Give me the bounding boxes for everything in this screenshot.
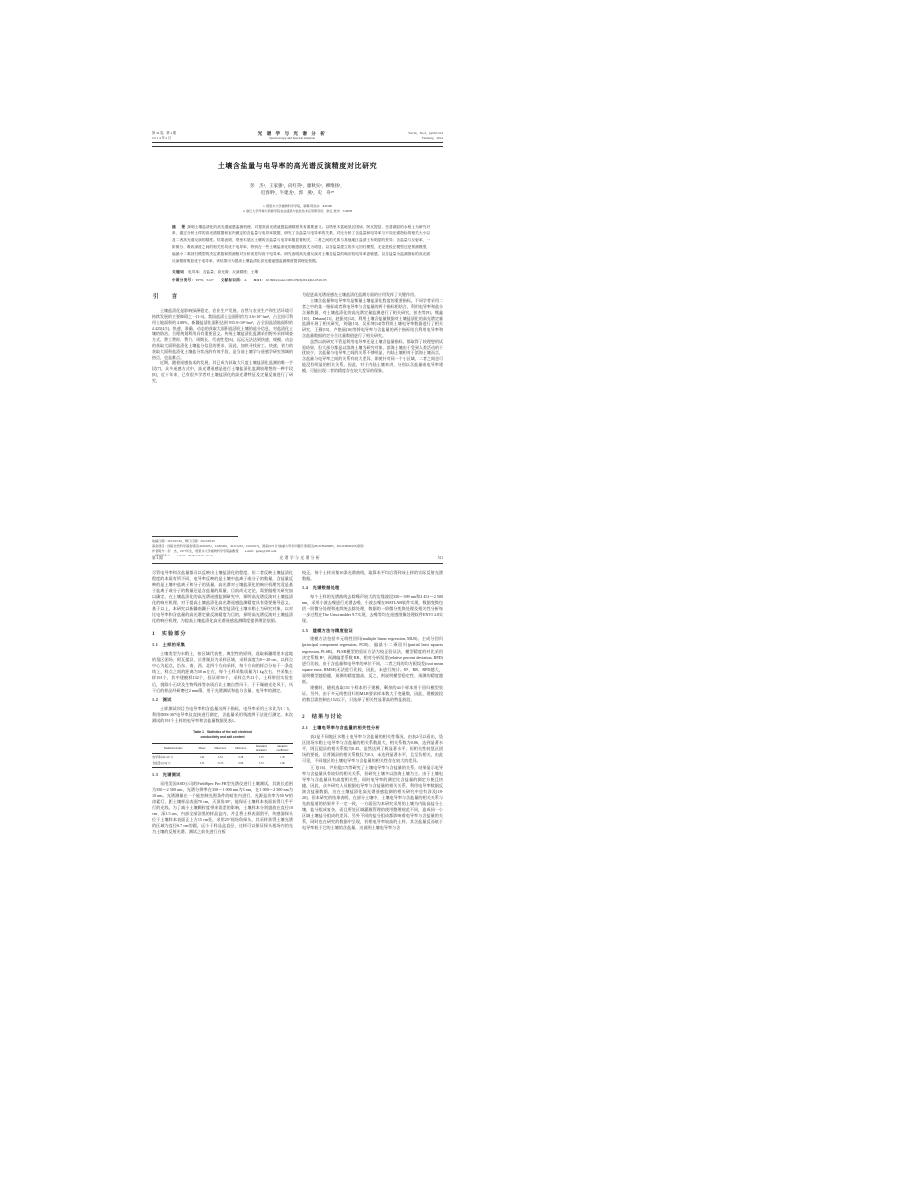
page2-right-column: 校正，每个土样采集10条光谱曲线，取算术平均后得到该土样的实际反射光谱数据。 1… (302, 570, 443, 836)
clc-number: 中图分类号：TP79；S127 (172, 278, 214, 283)
page1-right-column: 为促进高光谱遥感在土壤盐渍化监测方面的应用发挥了关键作用。 土壤含盐量和电导率均… (302, 292, 443, 383)
section-2-1-heading: 2.1 土壤电导率与含盐量的相关性分析 (302, 725, 443, 731)
conductivity-vc: 1.30 (272, 754, 293, 761)
keywords-label: 关键词 (172, 270, 184, 274)
issue-date-en: February，2014 (408, 136, 443, 141)
intro-paragraph-5: 虽然以前研究不管是利用电导率还是土壤含盐量指标，都取得了较理想的试验结果，但大部… (302, 339, 443, 374)
page2-running-header: 第 2 期 光谱学与光谱分析 511 (152, 556, 443, 561)
table1-statistics: Statistical index Mean Maximum Minimum S… (152, 743, 293, 768)
table-row: 电导率/(ms·cm⁻¹) 1.04 4.52 0.28 1.35 1.30 (152, 754, 293, 761)
section-1-3-continuation: 校正，每个土样采集10条光谱曲线，取算术平均后得到该土样的实际反射光谱数据。 (302, 570, 443, 582)
clc-value: TP79；S127 (195, 278, 213, 282)
header-double-rule (152, 142, 443, 146)
table1-caption: Table 1 Statistics of the soil electrica… (152, 730, 293, 739)
clc-label: 中图分类号： (172, 278, 195, 282)
salt-max: 31.55 (210, 761, 231, 768)
section-2-heading: 2 结果与讨论 (302, 714, 443, 720)
table-row: 含盐量/(g·kg⁻¹) 3.32 31.55 0.86 5.53 1.66 (152, 761, 293, 768)
journal-name-block: 光 谱 学 与 光 谱 分 析 Spectroscopy and Spectra… (258, 131, 327, 140)
section-1-3-heading: 1.3 光谱测试 (152, 772, 293, 778)
section-1-1-text: 土壤类型为水稻土，按区域代表性、典型性的原则，选取新疆塔里木盆地的垦区团场、阿瓦… (152, 651, 293, 694)
doc-code-label: 文献标识码： (221, 278, 244, 282)
abstract-text: 探明土壤盐渍化的高光谱遥感监测机理，对提高高光谱遥感监测精度具有重要意义。以塔里… (172, 225, 430, 263)
running-journal-name: 光谱学与光谱分析 (279, 556, 321, 561)
journal-name-en: Spectroscopy and Spectral Analysis (258, 136, 327, 140)
col-standard-deviation: Standard deviation (251, 743, 272, 754)
page1-body-columns: 引 言 土壤盐渍化是影响绿洲稳定、农业生产发展、自然与农业生产和生活环境可持续发… (152, 292, 443, 383)
page1-left-column: 引 言 土壤盐渍化是影响绿洲稳定、农业生产发展、自然与农业生产和生活环境可持续发… (152, 292, 293, 383)
intro-continuation: 尽管电导率和含盐量都可以反映出土壤盐渍化的程度，但二者反映土壤盐渍化程度的本质有… (152, 570, 293, 625)
row-salt-content-label: 含盐量/(g·kg⁻¹) (152, 761, 194, 768)
paper-title: 土壤含盐量与电导率的高光谱反演精度对比研究 (152, 161, 443, 171)
salt-mean: 3.32 (194, 761, 210, 768)
issue-date-cn: 2 0 1 4 年 2 月 (152, 136, 176, 141)
col-minimum: Minimum (231, 743, 251, 754)
intro-paragraph-1: 土壤盐渍化是影响绿洲稳定、农业生产发展、自然与农业生产和生活环境可持续发展的主要… (152, 308, 293, 360)
page2-header-rule (152, 563, 443, 564)
running-issue: 第 2 期 (152, 556, 163, 561)
keywords-text: 电导率；含盐量；高光谱；反演精度；土壤 (188, 270, 258, 274)
doc-code: 文献标识码：A (221, 278, 247, 283)
running-page-number: 511 (438, 556, 443, 560)
doi-value: 10.3964/j.issn.1000-0593(2014)02-0510-05 (265, 278, 326, 282)
conductivity-max: 4.52 (210, 754, 231, 761)
scanned-paper-preview: 第 34 卷，第 2 期 2 0 1 4 年 2 月 光 谱 学 与 光 谱 分… (0, 0, 920, 1191)
keywords-line: 关键词 电导率；含盐量；高光谱；反演精度；土壤 (172, 270, 430, 275)
paper-page-1: 第 34 卷，第 2 期 2 0 1 4 年 2 月 光 谱 学 与 光 谱 分… (152, 131, 443, 559)
doc-code-value: A (244, 278, 247, 282)
section-1-1-heading: 1.1 土样的采集 (152, 642, 293, 648)
section-2-1-text-2: 王飞[16]、尹业彪[17]等研究了土壤电导率与含盐量的关系，结果显示电导率与含… (302, 765, 443, 832)
section-1-4-text: 每个土样的光谱曲线去除噪声较大的边缘波段350～399 nm和2 451～2 5… (302, 594, 443, 624)
page2-left-column: 尽管电导率和含盐量都可以反映出土壤盐渍化的程度，但二者反映土壤盐渍化程度的本质有… (152, 570, 293, 836)
col-maximum: Maximum (210, 743, 231, 754)
authors-block: 彭 杰¹，王家强¹，向红英¹，廖秋实²，柳维扬¹， 迟春明¹，牛建龙¹，郭 燕³… (152, 182, 443, 196)
introduction-heading: 引 言 (153, 295, 293, 301)
affiliation-2: 2. 浙江大学环境与资源学院农业遥感与信息技术应用研究所，浙江 杭州 31005… (152, 209, 443, 214)
doi-label: DOI： (254, 278, 266, 282)
conductivity-min: 0.28 (231, 754, 251, 761)
section-2-1-text-1: 表2是不同地区水稻土电导率与含盐量的相关性情况，由表2可以看出，垦区团场水稻土电… (302, 734, 443, 764)
salt-sd: 5.53 (251, 761, 272, 768)
row-conductivity-label: 电导率/(ms·cm⁻¹) (152, 754, 194, 761)
section-1-5-text-1: 建模方法包括多元线性回归(multiple linear regression,… (302, 636, 443, 685)
journal-header-pages: Vol.34，No.2，pp510-514 February，2014 (408, 131, 443, 140)
intro-paragraph-2: 近期，随着遥感技术的发展，其已成为获取大尺度土壤盐渍化监测的唯一手段[7]，众多… (152, 360, 293, 383)
col-statistical-index: Statistical index (152, 743, 194, 754)
section-1-3-text: 采用美国ASD公司的FieldSpec Pro FR型光谱仪进行土壤测试，其波长… (152, 781, 293, 836)
abstract-block: 摘 要 探明土壤盐渍化的高光谱遥感监测机理，对提高高光谱遥感监测精度具有重要意义… (172, 224, 430, 265)
classification-line: 中图分类号：TP79；S127 文献标识码：A DOI：10.3964/j.is… (172, 278, 430, 283)
col-mean: Mean (194, 743, 210, 754)
section-1-4-heading: 1.4 光谱数据处理 (302, 585, 443, 591)
section-1-heading: 1 实验部分 (152, 631, 293, 637)
paper-page-2: 第 2 期 光谱学与光谱分析 511 尽管电导率和含盐量都可以反映出土壤盐渍化的… (152, 556, 443, 1026)
conductivity-mean: 1.04 (194, 754, 210, 761)
page2-body-columns: 尽管电导率和含盐量都可以反映出土壤盐渍化的程度，但二者反映土壤盐渍化程度的本质有… (152, 570, 443, 836)
salt-vc: 1.66 (272, 761, 293, 768)
table1-caption-line2: conductivity and salt content (152, 735, 293, 740)
journal-header: 第 34 卷，第 2 期 2 0 1 4 年 2 月 光 谱 学 与 光 谱 分… (152, 131, 443, 140)
intro-paragraph-4: 土壤含盐量和电导率均是衡量土壤盐渍化程度的重要指标。不同学者采用二者之中的某一指… (302, 298, 443, 339)
table1-header-row: Statistical index Mean Maximum Minimum S… (152, 743, 293, 754)
authors-line-1: 彭 杰¹，王家强¹，向红英¹，廖秋实²，柳维扬¹， (152, 182, 443, 189)
col-variation-coefficient: Variation coefficient (272, 743, 293, 754)
section-1-5-heading: 1.5 建模方法与精度验证 (302, 628, 443, 634)
section-1-5-text-2: 建模时，随机选取151个样本用于建模，剩余的44个样本用于回归模型验证。另外，由… (302, 685, 443, 703)
abstract-label: 摘 要 (172, 225, 186, 229)
doi: DOI：10.3964/j.issn.1000-0593(2014)02-051… (254, 278, 327, 283)
section-1-2-text: 土样测试项目为电导率和含盐量这两个指标，电导率采用土水比为1∶5，利用DDS-3… (152, 706, 293, 724)
section-1-2-heading: 1.2 测试 (152, 697, 293, 703)
authors-line-2: 迟春明¹，牛建龙¹，郭 燕³，史 舟²* (152, 189, 443, 196)
salt-min: 0.86 (231, 761, 251, 768)
footnote-rule (152, 536, 238, 537)
conductivity-sd: 1.35 (251, 754, 272, 761)
journal-header-volume: 第 34 卷，第 2 期 2 0 1 4 年 2 月 (152, 131, 176, 140)
affiliations-block: 1. 塔里木大学植物科学学院，新疆 阿拉尔 843300 2. 浙江大学环境与资… (152, 204, 443, 214)
